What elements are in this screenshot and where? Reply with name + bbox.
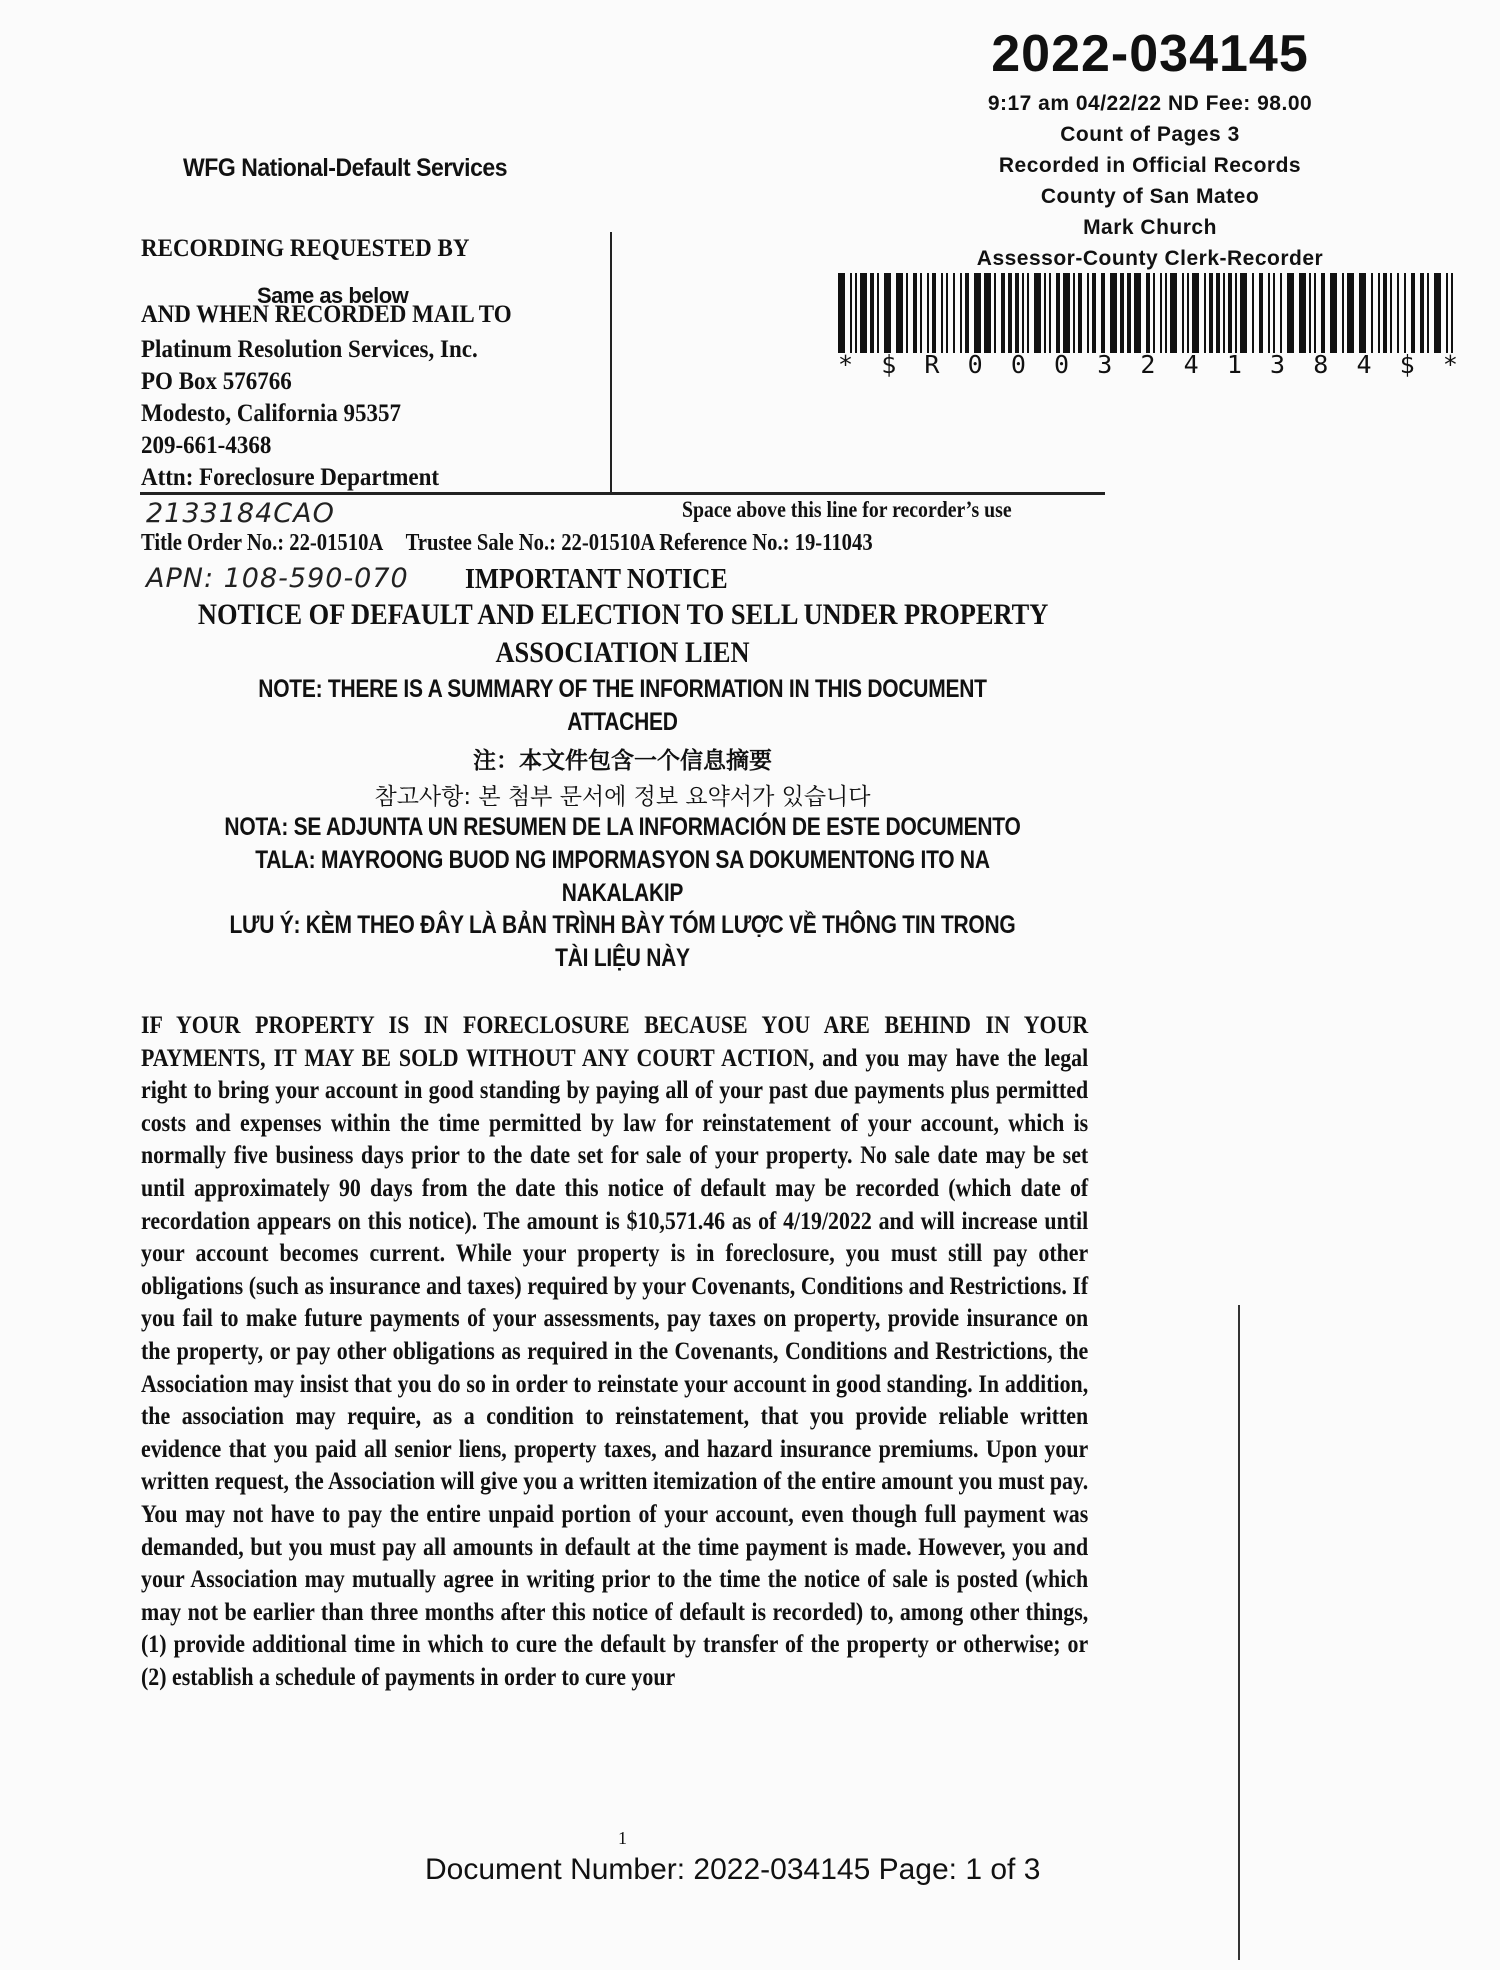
mail-to-line: 209-661-4368 <box>141 432 271 460</box>
body-text: and you may have the legal right to brin… <box>141 1045 1088 1691</box>
barcode-char: $ <box>881 350 896 379</box>
document-title-line2: ASSOCIATION LIEN <box>198 636 1047 670</box>
trustee-sale-reference: Trustee Sale No.: 22-01510A Reference No… <box>406 530 873 556</box>
barcode-char: 0 <box>968 350 983 379</box>
barcode-char: 0 <box>1054 350 1069 379</box>
document-title-line1: NOTICE OF DEFAULT AND ELECTION TO SELL U… <box>198 598 1047 632</box>
page-number-mark: 1 <box>618 1828 627 1849</box>
note-spanish: NOTA: SE ADJUNTA UN RESUMEN DE LA INFORM… <box>217 813 1028 842</box>
barcode-char: * <box>838 350 853 379</box>
county-name: County of San Mateo <box>940 185 1360 209</box>
barcode-char: * <box>1443 350 1458 379</box>
barcode <box>838 273 1453 353</box>
notice-body-paragraph: IF YOUR PROPERTY IS IN FORECLOSURE BECAU… <box>141 1010 1088 1694</box>
page-count: Count of Pages 3 <box>940 123 1360 147</box>
barcode-char: $ <box>1400 350 1415 379</box>
barcode-char: 2 <box>1140 350 1155 379</box>
mail-to-line: PO Box 576766 <box>141 368 292 396</box>
recorded-in: Recorded in Official Records <box>940 154 1360 178</box>
same-as-below-note: Same as below <box>257 283 408 309</box>
barcode-char: 4 <box>1356 350 1371 379</box>
note-english-line2: ATTACHED <box>217 708 1028 737</box>
barcode-char: 4 <box>1184 350 1199 379</box>
barcode-char: 1 <box>1227 350 1242 379</box>
note-tagalog-line1: TALA: MAYROONG BUOD NG IMPORMASYON SA DO… <box>217 846 1028 875</box>
title-order-number: Title Order No.: 22-01510A <box>141 530 383 556</box>
mail-to-line: Attn: Foreclosure Department <box>141 464 439 492</box>
reference-numbers: Title Order No.: 22-01510ATrustee Sale N… <box>141 530 873 557</box>
mail-to-line: Modesto, California 95357 <box>141 400 401 428</box>
note-tagalog-line2: NAKALAKIP <box>217 879 1028 908</box>
barcode-caption: *$R0003241384$* <box>838 350 1458 379</box>
recorder-use-note: Space above this line for recorder’s use <box>682 497 1012 523</box>
barcode-char: R <box>924 350 939 379</box>
company-name: WFG National-Default Services <box>183 154 507 183</box>
handwritten-apn: APN: 108-590-070 <box>146 563 409 594</box>
note-vietnamese-line1: LƯU Ý: KÈM THEO ĐÂY LÀ BẢN TRÌNH BÀY TÓM… <box>217 911 1028 940</box>
handwritten-order-ref: 2133184CAO <box>146 498 335 529</box>
note-korean: 참고사항: 본 첨부 문서에 정보 요약서가 있습니다 <box>140 778 1105 811</box>
margin-line <box>1238 1305 1240 1960</box>
recording-requested-by-label: RECORDING REQUESTED BY <box>141 235 469 263</box>
barcode-char: 3 <box>1270 350 1285 379</box>
recorder-name: Mark Church <box>940 216 1360 240</box>
header-divider-vertical <box>610 232 612 494</box>
recorder-space-rule <box>140 492 1105 495</box>
note-english-line1: NOTE: THERE IS A SUMMARY OF THE INFORMAT… <box>217 675 1028 704</box>
important-notice-heading: IMPORTANT NOTICE <box>465 563 728 596</box>
barcode-char: 0 <box>1011 350 1026 379</box>
note-chinese: 注：本文件包含一个信息摘要 <box>140 742 1105 775</box>
barcode-char: 8 <box>1313 350 1328 379</box>
mail-to-line: Platinum Resolution Services, Inc. <box>141 336 478 364</box>
recorded-document-number: 2022-034145 <box>960 24 1340 84</box>
document-page-footer: Document Number: 2022-034145 Page: 1 of … <box>425 1853 1040 1887</box>
note-vietnamese-line2: TÀI LIỆU NÀY <box>217 944 1028 973</box>
recorder-title: Assessor-County Clerk-Recorder <box>940 247 1360 271</box>
recording-time-fee: 9:17 am 04/22/22 ND Fee: 98.00 <box>940 92 1360 116</box>
barcode-char: 3 <box>1097 350 1112 379</box>
